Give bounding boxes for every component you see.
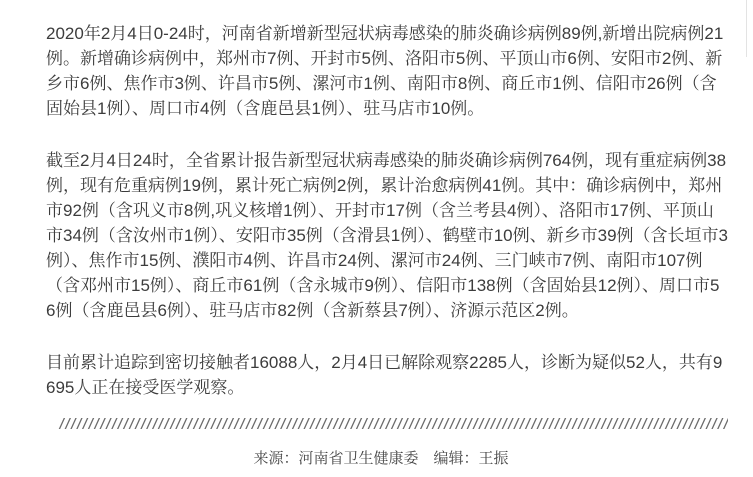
scrollbar-track-fragment <box>746 0 747 57</box>
paragraph-cumulative-cases: 截至2月4日24时，全省累计报告新型冠状病毒感染的肺炎确诊病例764例，现有重症… <box>46 148 728 323</box>
hatched-slash-divider: ////////////////////////////////////////… <box>58 418 728 431</box>
footer-credits: 来源：河南省卫生健康委 编辑：王振 <box>46 448 716 470</box>
editor-credit: 编辑：王振 <box>434 448 509 470</box>
source-credit: 来源：河南省卫生健康委 <box>253 448 418 470</box>
article-body: 2020年2月4日0-24时，河南省新增新型冠状病毒感染的肺炎确诊病例89例,新… <box>46 21 728 470</box>
paragraph-daily-new-cases: 2020年2月4日0-24时，河南省新增新型冠状病毒感染的肺炎确诊病例89例,新… <box>46 21 728 121</box>
article-page: 2020年2月4日0-24时，河南省新增新型冠状病毒感染的肺炎确诊病例89例,新… <box>0 0 753 477</box>
paragraph-close-contacts: 目前累计追踪到密切接触者16088人，2月4日已解除观察2285人，诊断为疑似5… <box>46 350 728 400</box>
